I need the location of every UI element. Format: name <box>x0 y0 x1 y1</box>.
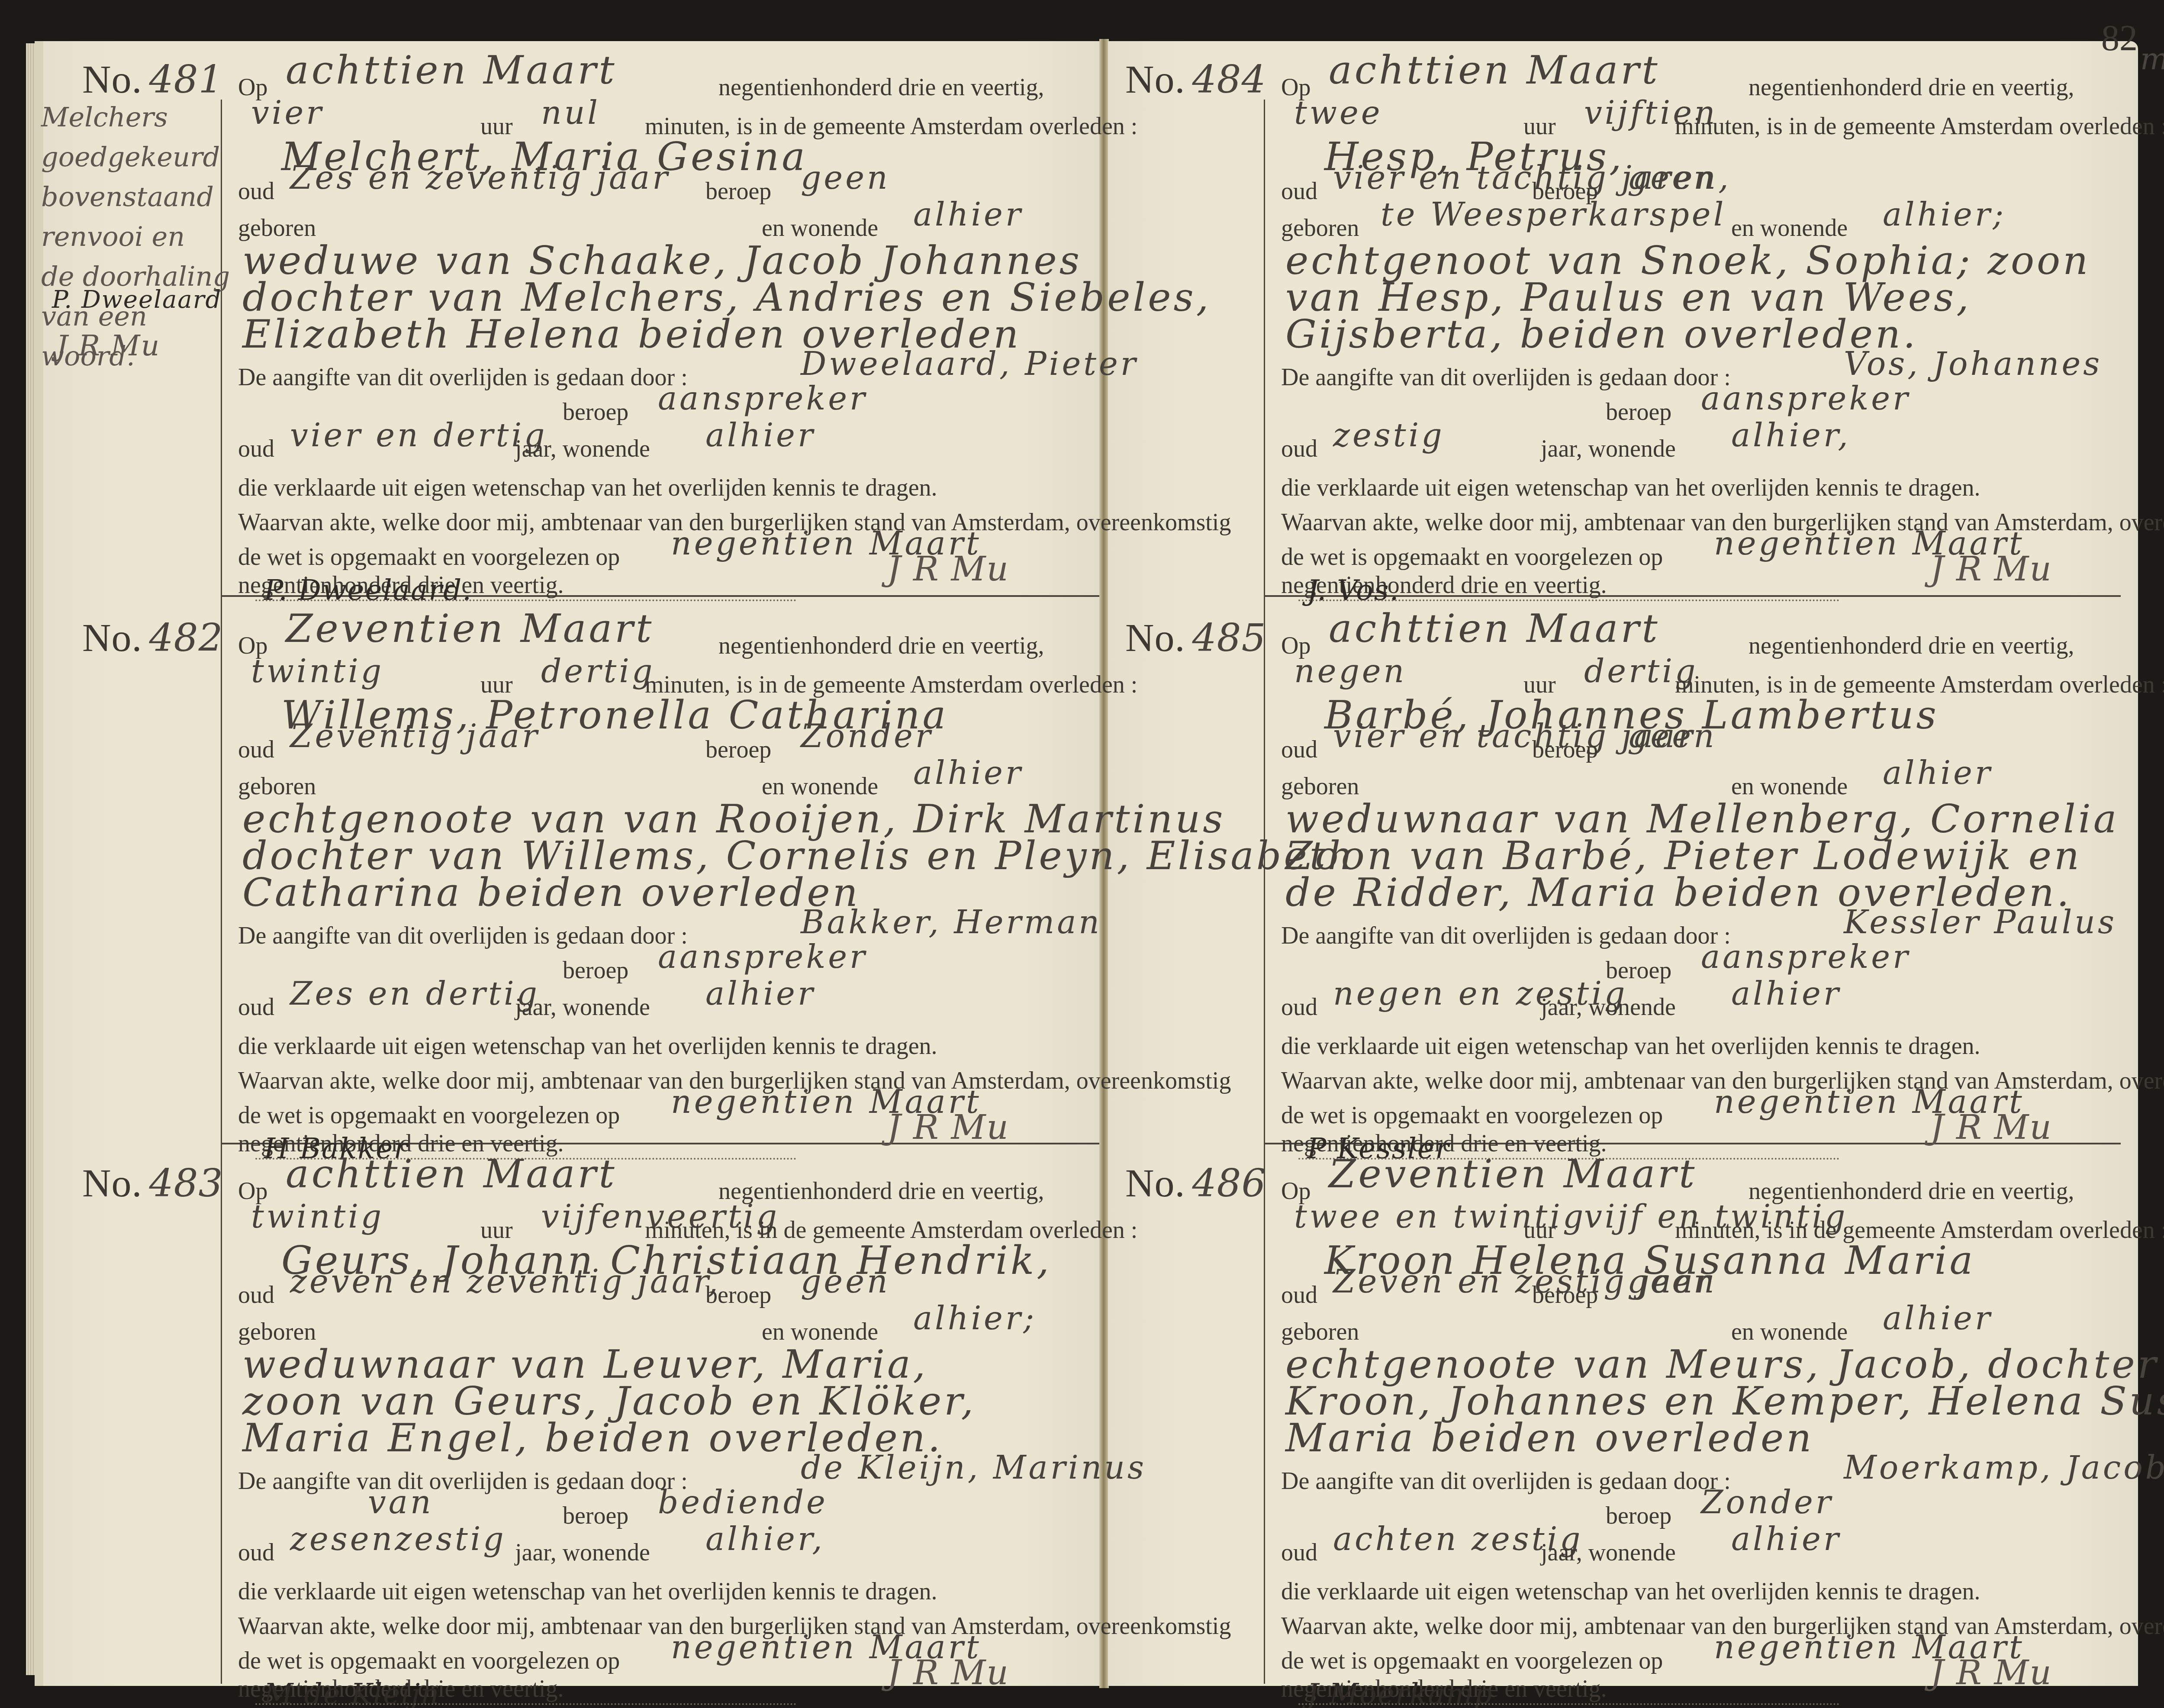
aangifte-text: De aangifte van dit overlijden is gedaan… <box>238 922 688 950</box>
official-signature: J R Mu <box>1930 1653 2052 1692</box>
signature-dotted-line <box>1298 1703 1839 1705</box>
informant-signature: J. Vos. <box>1307 574 1399 607</box>
aangifte-text: De aangifte van dit overlijden is gedaan… <box>238 364 688 391</box>
residence: alhier <box>913 754 1023 792</box>
residence: alhier; <box>913 1300 1037 1337</box>
informant-name: Vos, Johannes <box>1844 345 2102 383</box>
minuten-text: minuten, is in de gemeente Amsterdam ove… <box>1675 113 2164 140</box>
relation-line-3: Maria beiden overleden <box>1285 1415 1814 1461</box>
informant-age: Zes en dertig <box>290 975 540 1012</box>
informant-oud-label: oud <box>1281 435 1317 463</box>
informant-age: vier en dertig <box>290 417 547 454</box>
year-text: negentienhonderd drie en veertig, <box>718 74 1044 101</box>
informant-oud-label: oud <box>1281 993 1317 1021</box>
oud-label: oud <box>1281 177 1317 205</box>
entry-number-value: 481 <box>149 57 223 102</box>
informant-oud-label: oud <box>238 1539 274 1566</box>
deceased-occupation: geen <box>801 159 890 197</box>
page-number: 82 <box>2101 17 2138 59</box>
aangifte-text: De aangifte van dit overlijden is gedaan… <box>1281 364 1731 391</box>
jaar-wonende-label: jaar, wonende <box>1541 993 1676 1021</box>
death-hour: twintig <box>251 653 384 690</box>
verklaarde-text: die verklaarde uit eigen wetenschap van … <box>238 474 937 502</box>
informant-name: Kessler Paulus <box>1844 904 2117 941</box>
deceased-age: Zes en zeventig jaar <box>290 159 670 197</box>
wet-text: de wet is opgemaakt en voorgelezen op <box>238 1102 620 1129</box>
beroep-label: beroep <box>705 177 771 205</box>
verklaarde-text: die verklaarde uit eigen wetenschap van … <box>238 1032 937 1060</box>
informant-residence: alhier <box>705 417 815 454</box>
entry-number: No.483 <box>82 1160 223 1206</box>
informant-age: zestig <box>1333 417 1445 454</box>
informant-residence: alhier <box>705 975 815 1012</box>
signature-dotted-line <box>255 1703 796 1705</box>
death-date: achttien Maart <box>286 1151 617 1197</box>
deceased-occupation: geen <box>1627 159 1717 197</box>
death-hour: twintig <box>251 1198 384 1235</box>
year-text: negentienhonderd drie en veertig, <box>1749 74 2074 101</box>
wet-text: de wet is opgemaakt en voorgelezen op <box>1281 1647 1663 1675</box>
informant-oud-label: oud <box>238 435 274 463</box>
death-date: achttien Maart <box>286 48 617 93</box>
relation-line-3: Gijsberta, beiden overleden. <box>1285 312 1918 357</box>
no-label: No. <box>1125 616 1185 660</box>
beroep-label: beroep <box>705 1281 771 1309</box>
entry-number: No.484 <box>1125 56 1266 102</box>
beroep-label: beroep <box>1532 736 1598 764</box>
deceased-age: zeven en zeventig jaar, <box>290 1263 721 1300</box>
informant-residence: alhier <box>1731 1521 1841 1558</box>
death-hour: twee <box>1294 94 1383 132</box>
death-hour: vier <box>251 94 324 132</box>
informant-beroep-label: beroep <box>563 957 628 984</box>
entry-number-value: 482 <box>149 616 223 660</box>
death-minutes: dertig <box>541 653 655 690</box>
year-text: negentienhonderd drie en veertig, <box>718 632 1044 660</box>
deceased-occupation: geen <box>1627 718 1717 755</box>
aangifte-text: De aangifte van dit overlijden is gedaan… <box>1281 922 1731 950</box>
official-signature: J R Mu <box>887 1108 1009 1147</box>
entry-number-value: 483 <box>149 1161 223 1205</box>
no-label: No. <box>82 57 142 101</box>
informant-name: Bakker, Herman <box>801 904 1102 941</box>
year-text: negentienhonderd drie en veertig, <box>1749 632 2074 660</box>
informant-occupation: bediende <box>658 1484 828 1521</box>
entry-number: No.481 <box>82 56 223 102</box>
left-number-column-rule <box>221 100 222 1684</box>
informant-occupation: aanspreker <box>658 380 867 417</box>
informant-name: Dweelaard, Pieter <box>801 345 1138 383</box>
aangifte-text: De aangifte van dit overlijden is gedaan… <box>238 1467 688 1495</box>
official-signature: J R Mu <box>1930 550 2052 589</box>
page-initial-mark: m <box>2140 41 2164 77</box>
informant-name: de Kleijn, Marinus <box>801 1449 1146 1486</box>
no-label: No. <box>1125 57 1185 101</box>
informant-occupation: aanspreker <box>658 938 867 976</box>
margin-signature-official: J R Mu <box>56 329 160 362</box>
oud-label: oud <box>238 177 274 205</box>
deceased-occupation: Zonder <box>801 718 933 755</box>
death-date: Zeventien Maart <box>286 606 654 651</box>
jaar-wonende-label: jaar, wonende <box>515 435 650 463</box>
informant-residence: alhier, <box>705 1521 825 1558</box>
informant-residence: alhier, <box>1731 417 1851 454</box>
informant-oud-label: oud <box>238 993 274 1021</box>
relation-line-3: Catharina beiden overleden <box>242 870 860 915</box>
entry-number-value: 485 <box>1192 616 1266 660</box>
informant-residence: alhier <box>1731 975 1841 1012</box>
wet-text: de wet is opgemaakt en voorgelezen op <box>238 543 620 571</box>
deceased-age: Zeventig jaar <box>290 718 540 755</box>
signature-dotted-line <box>1298 599 1839 601</box>
birthplace: te Weesperkarspel <box>1381 196 1726 233</box>
beroep-label: beroep <box>705 736 771 764</box>
death-date: achttien Maart <box>1329 606 1660 651</box>
residence: alhier; <box>1883 196 2006 233</box>
wet-text: de wet is opgemaakt en voorgelezen op <box>1281 1102 1663 1129</box>
informant-occupation: Zonder <box>1701 1484 1833 1521</box>
aangifte-text: De aangifte van dit overlijden is gedaan… <box>1281 1467 1731 1495</box>
oud-label: oud <box>238 736 274 764</box>
entry-number: No.486 <box>1125 1160 1266 1206</box>
entry-number: No.482 <box>82 615 223 661</box>
no-label: No. <box>1125 1161 1185 1205</box>
death-minutes: nul <box>541 94 600 132</box>
deceased-occupation: geen <box>801 1263 890 1300</box>
verklaarde-text: die verklaarde uit eigen wetenschap van … <box>1281 1578 1980 1605</box>
official-signature: J R Mu <box>887 1653 1009 1692</box>
informant-beroep-label: beroep <box>563 398 628 426</box>
informant-beroep-label: beroep <box>1606 1502 1671 1530</box>
informant-name: Moerkamp, Jacobus <box>1844 1449 2164 1486</box>
informant-occupation: aanspreker <box>1701 380 1910 417</box>
informant-signature: P. Dweelaard. <box>264 574 472 607</box>
jaar-wonende-label: jaar, wonende <box>1541 435 1676 463</box>
informant-beroep-label: beroep <box>1606 398 1671 426</box>
informant-oud-label: oud <box>1281 1539 1317 1566</box>
wet-text: de wet is opgemaakt en voorgelezen op <box>1281 543 1663 571</box>
deceased-occupation: geen <box>1627 1263 1717 1300</box>
death-hour: negen <box>1294 653 1407 690</box>
right-number-column-rule <box>1264 100 1265 1684</box>
wet-text: de wet is opgemaakt en voorgelezen op <box>238 1647 620 1675</box>
entry-number: No.485 <box>1125 615 1266 661</box>
verklaarde-text: die verklaarde uit eigen wetenschap van … <box>1281 474 1980 502</box>
jaar-wonende-label: jaar, wonende <box>515 1539 650 1566</box>
official-signature: J R Mu <box>1930 1108 2052 1147</box>
oud-label: oud <box>1281 1281 1317 1309</box>
no-label: No. <box>82 1161 142 1205</box>
jaar-wonende-label: jaar, wonende <box>515 993 650 1021</box>
entry-number-value: 484 <box>1192 57 1266 102</box>
oud-label: oud <box>1281 736 1317 764</box>
informant-occupation: aanspreker <box>1701 938 1910 976</box>
margin-signature-dweelaard: P. Dweelaard <box>52 286 222 314</box>
informant-beroep-label: beroep <box>563 1502 628 1530</box>
no-label: No. <box>82 616 142 660</box>
residence: alhier <box>913 196 1023 233</box>
verklaarde-text: die verklaarde uit eigen wetenschap van … <box>238 1578 937 1605</box>
jaar-wonende-label: jaar, wonende <box>1541 1539 1676 1566</box>
residence: alhier <box>1883 1300 1993 1337</box>
verklaarde-text: die verklaarde uit eigen wetenschap van … <box>1281 1032 1980 1060</box>
beroep-label: beroep <box>1532 1281 1598 1309</box>
entry-number-value: 486 <box>1192 1161 1266 1205</box>
death-date: achttien Maart <box>1329 48 1660 93</box>
informant-name-prefix: van <box>368 1484 434 1521</box>
oud-label: oud <box>238 1281 274 1309</box>
residence: alhier <box>1883 754 1993 792</box>
informant-age: zesenzestig <box>290 1521 506 1558</box>
death-date: Zeventien Maart <box>1329 1151 1697 1197</box>
official-signature: J R Mu <box>887 550 1009 589</box>
signature-dotted-line <box>255 599 796 601</box>
